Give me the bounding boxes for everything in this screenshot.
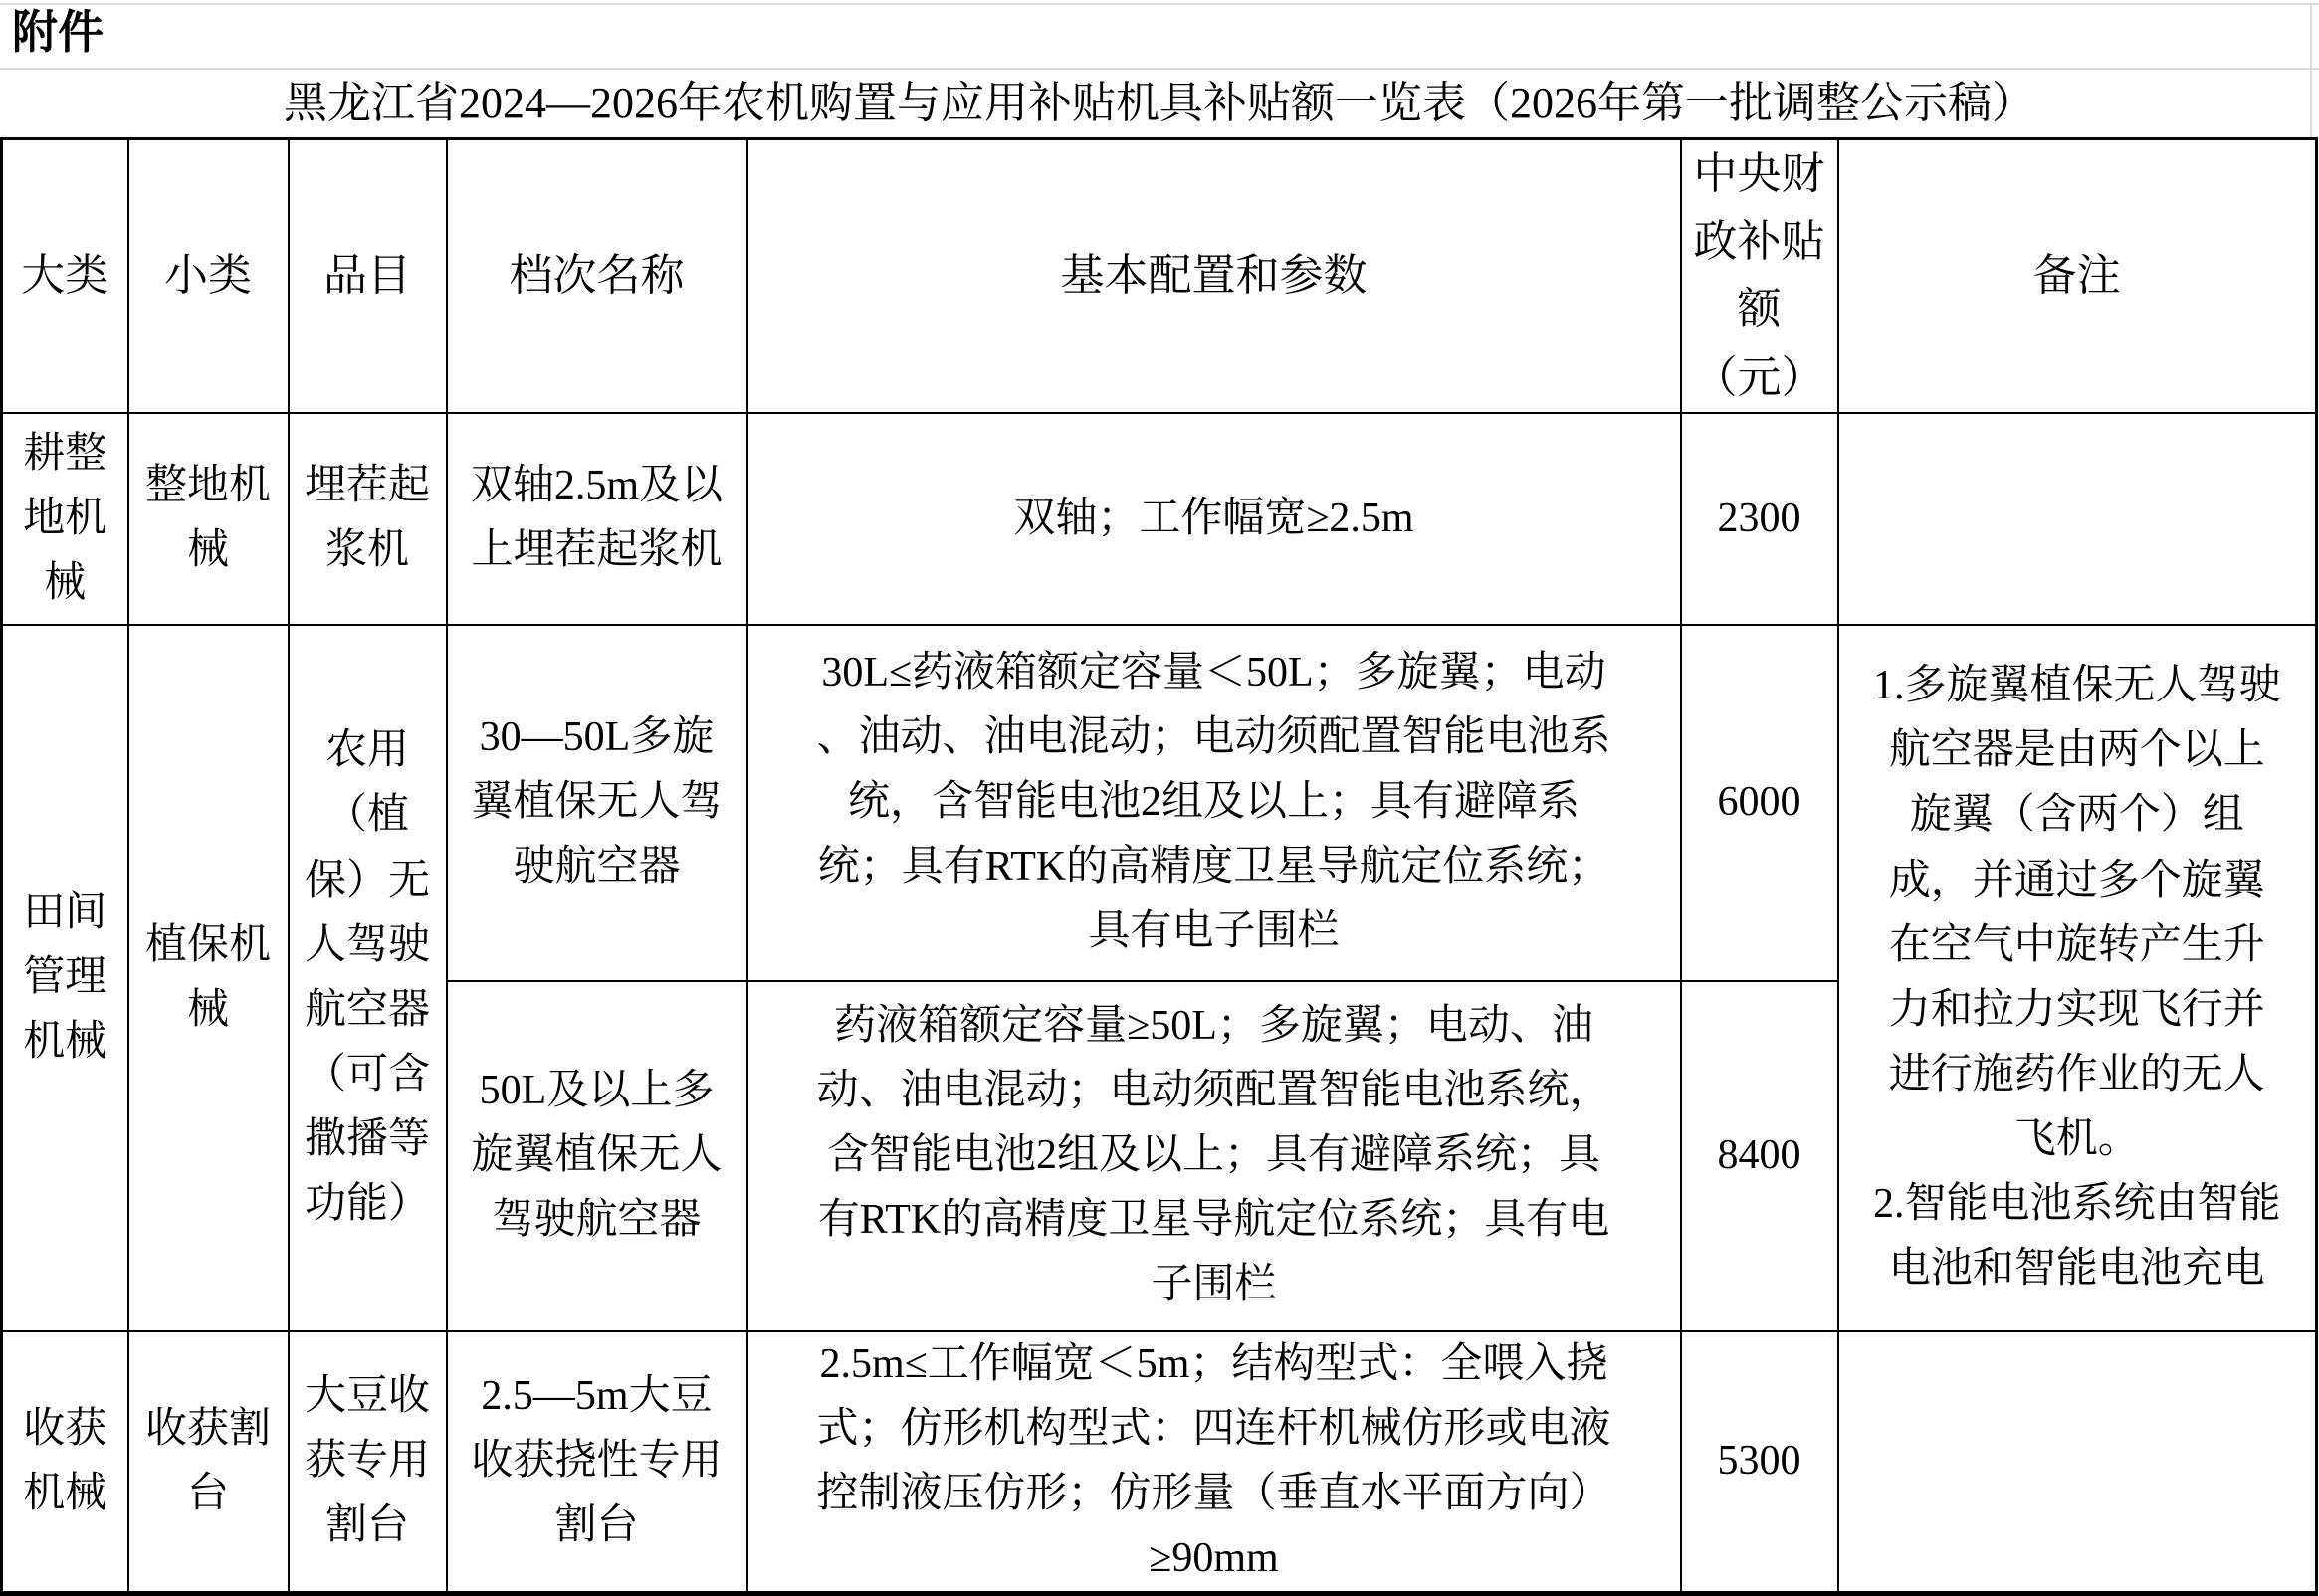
cell-r3-category: 收获 机械 <box>2 1331 128 1594</box>
cell-r3-subsidy: 5300 <box>1681 1331 1838 1594</box>
cell-r1-subsidy: 2300 <box>1681 413 1838 625</box>
cell-r1-subcategory: 整地机 械 <box>128 413 289 625</box>
cell-r2-item: 农用 （植 保）无 人驾驶 航空器 （可含 撒播等 功能） <box>289 625 447 1331</box>
cell-r1-item: 埋茬起 浆机 <box>289 413 447 625</box>
header-cell-grade: 档次名称 <box>447 139 747 413</box>
header-cell-item: 品目 <box>289 139 447 413</box>
cell-r3-config: 2.5m≤工作幅宽＜5m；结构型式：全喂入挠 式；仿形机构型式：四连杆机械仿形或… <box>747 1331 1681 1594</box>
header-cell-subsidy: 中央财 政补贴 额 （元） <box>1681 139 1838 413</box>
cell-r1-config: 双轴；工作幅宽≥2.5m <box>747 413 1681 625</box>
cell-r3-grade: 2.5—5m大豆 收获挠性专用 割台 <box>447 1331 747 1594</box>
header-row: 大类 小类 品目 档次名称 基本配置和参数 中央财 政补贴 额 （元） 备注 <box>2 139 2317 413</box>
cell-r1-category: 耕整 地机 械 <box>2 413 128 625</box>
subsidy-table: 大类 小类 品目 档次名称 基本配置和参数 中央财 政补贴 额 （元） 备注 耕… <box>0 137 2318 1596</box>
cell-r2a-config: 30L≤药液箱额定容量＜50L；多旋翼；电动 、油动、油电混动；电动须配置智能电… <box>747 625 1681 981</box>
cell-r2a-grade: 30—50L多旋 翼植保无人驾 驶航空器 <box>447 625 747 981</box>
cell-r2-subcategory: 植保机 械 <box>128 625 289 1331</box>
page-break-line <box>0 68 2319 70</box>
cell-r2b-subsidy: 8400 <box>1681 981 1838 1331</box>
cell-r2b-config: 药液箱额定容量≥50L；多旋翼；电动、油 动、油电混动；电动须配置智能电池系统，… <box>747 981 1681 1331</box>
header-cell-subcategory: 小类 <box>128 139 289 413</box>
page-top-edge-line <box>0 3 2319 5</box>
cell-r3-item: 大豆收 获专用 割台 <box>289 1331 447 1594</box>
table-row-field-drone-1: 田间 管理 机械 植保机 械 农用 （植 保）无 人驾驶 航空器 （可含 撒播等… <box>2 625 2317 981</box>
cell-r1-remark <box>1838 413 2317 625</box>
document-title: 黑龙江省2024—2026年农机购置与应用补贴机具补贴额一览表（2026年第一批… <box>0 76 2319 130</box>
cell-r3-remark <box>1838 1331 2317 1594</box>
cell-r2-category: 田间 管理 机械 <box>2 625 128 1331</box>
cell-r2a-subsidy: 6000 <box>1681 625 1838 981</box>
header-cell-config: 基本配置和参数 <box>747 139 1681 413</box>
cell-r1-grade: 双轴2.5m及以 上埋茬起浆机 <box>447 413 747 625</box>
header-cell-category: 大类 <box>2 139 128 413</box>
header-cell-remark: 备注 <box>1838 139 2317 413</box>
cell-r3-subcategory: 收获割 台 <box>128 1331 289 1594</box>
cell-r2b-grade: 50L及以上多 旋翼植保无人 驾驶航空器 <box>447 981 747 1331</box>
table-row-harvest: 收获 机械 收获割 台 大豆收 获专用 割台 2.5—5m大豆 收获挠性专用 割… <box>2 1331 2317 1594</box>
cell-r2-remark: 1.多旋翼植保无人驾驶 航空器是由两个以上 旋翼（含两个）组 成，并通过多个旋翼… <box>1838 625 2317 1331</box>
table-row-tillage: 耕整 地机 械 整地机 械 埋茬起 浆机 双轴2.5m及以 上埋茬起浆机 双轴；… <box>2 413 2317 625</box>
attachment-label: 附件 <box>12 4 104 62</box>
